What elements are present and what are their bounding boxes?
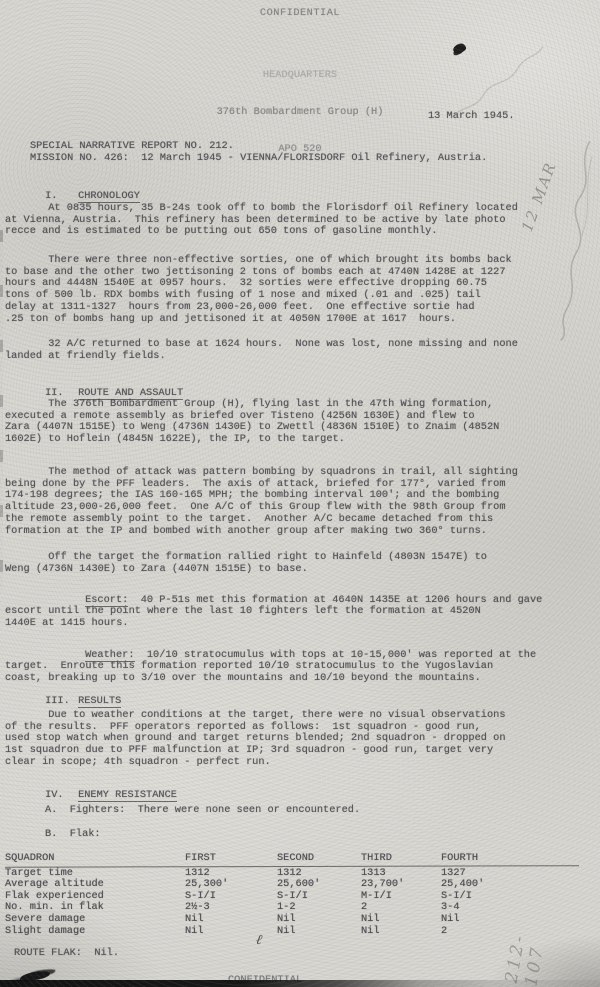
table-row: Severe damage Nil Nil Nil Nil [5, 914, 579, 926]
paragraph: The method of attack was pattern bombing… [5, 467, 518, 537]
col-header-fourth: FOURTH [441, 853, 579, 865]
route-flak-line: ROUTE FLAK: Nil. [14, 948, 119, 960]
item-fighters: A. Fighters: There were none seen or enc… [45, 805, 360, 817]
cell: 3-4 [441, 902, 579, 914]
col-header-third: THIRD [361, 853, 441, 865]
section-title: CHRONOLOGY [78, 190, 140, 203]
paragraph: Due to weather conditions at the target,… [5, 710, 506, 769]
section-title: RESULTS [78, 695, 121, 708]
col-header-squadron: SQUADRON [5, 853, 185, 865]
paragraph: The 376th Bombardment Group (H), flying … [5, 399, 499, 446]
section-number: IV. [45, 790, 78, 802]
report-title-line2: MISSION NO. 426: 12 March 1945 - VIENNA/… [30, 153, 487, 165]
paragraph: Off the target the formation rallied rig… [5, 552, 487, 575]
section-number: III. [45, 696, 78, 708]
report-title-line1: SPECIAL NARRATIVE REPORT NO. 212. [30, 141, 234, 153]
item-flak: B. Flak: [45, 829, 101, 841]
row-label: Severe damage [5, 914, 185, 926]
paragraph: At 0835 hours, 35 B-24s took off to bomb… [5, 203, 518, 238]
escort-paragraph: Escort: 40 P-51s met this formation at 4… [5, 583, 542, 642]
cell: Nil [277, 914, 361, 926]
classification-header: CONFIDENTIAL [0, 8, 600, 20]
cell: Nil [361, 914, 441, 926]
cell: Nil [441, 914, 579, 926]
scan-edge-marks [0, 230, 3, 590]
row-label: Slight damage [5, 926, 185, 938]
cell: Nil [185, 926, 277, 938]
scanned-report-page: CONFIDENTIAL HEADQUARTERS 376th Bombardm… [0, 0, 600, 987]
section-title: ENEMY RESISTANCE [78, 789, 177, 802]
cell: S-I/I [441, 891, 579, 903]
cell: Nil [277, 926, 361, 938]
table-row: Slight damage Nil Nil Nil 2 [5, 926, 579, 938]
flak-table-header-row: SQUADRON FIRST SECOND THIRD FOURTH [5, 853, 579, 865]
section-number: I. [45, 191, 78, 203]
scan-edge-band [0, 980, 600, 987]
cell: Nil [361, 926, 441, 938]
paragraph: 32 A/C returned to base at 1624 hours. N… [5, 339, 518, 362]
col-header-second: SECOND [277, 853, 361, 865]
cell: M-I/I [361, 891, 441, 903]
col-header-first: FIRST [185, 853, 277, 865]
paragraph: There were three non-effective sorties, … [5, 255, 512, 325]
flak-table: SQUADRON FIRST SECOND THIRD FOURTH Targe… [5, 853, 579, 937]
typewritten-content: CONFIDENTIAL HEADQUARTERS 376th Bombardm… [0, 0, 600, 987]
cell: Nil [185, 914, 277, 926]
